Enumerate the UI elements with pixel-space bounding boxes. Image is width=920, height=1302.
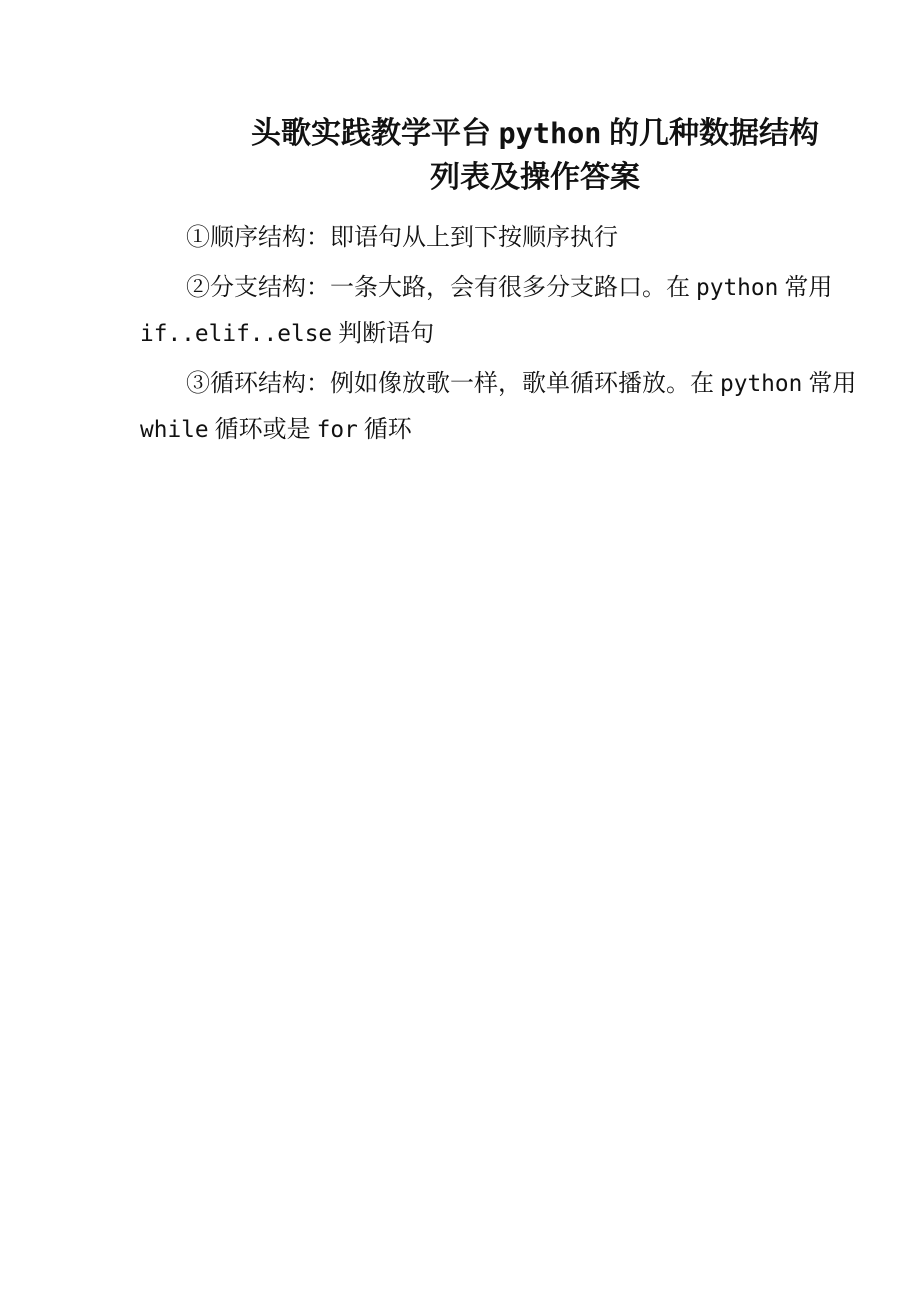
inline-code-for: for — [317, 417, 358, 443]
paragraph-text: 循环或是 — [209, 417, 317, 443]
document-title: 头歌实践教学平台 python 的几种数据结构 列表及操作答案 — [150, 112, 920, 200]
title-text: 头歌实践教学平台 — [251, 117, 499, 150]
title-code-python: python — [499, 117, 602, 150]
paragraph-branch-structure: ②分支结构：一条大路，会有很多分支路口。在 python 常用 if..elif… — [140, 265, 820, 357]
inline-code-while: while — [140, 417, 209, 443]
inline-code-python: python — [720, 371, 802, 397]
title-text: 的几种数据结构 — [601, 117, 819, 150]
text-line: if..elif..else 判断语句 — [140, 311, 820, 357]
title-text: 列表及操作答案 — [430, 161, 640, 194]
text-line: ②分支结构：一条大路，会有很多分支路口。在 python 常用 — [140, 265, 820, 311]
paragraph-text: 常用 — [802, 371, 856, 397]
paragraph-text: 常用 — [778, 275, 832, 301]
inline-code-if-elif-else: if..elif..else — [140, 321, 332, 347]
text-line: ①顺序结构：即语句从上到下按顺序执行 — [140, 215, 820, 261]
paragraph-text: ②分支结构：一条大路，会有很多分支路口。在 — [186, 275, 696, 301]
document-body: ①顺序结构：即语句从上到下按顺序执行 ②分支结构：一条大路，会有很多分支路口。在… — [140, 215, 820, 453]
paragraph-text: 判断语句 — [332, 321, 434, 347]
inline-code-python: python — [696, 275, 778, 301]
paragraph-text: ①顺序结构：即语句从上到下按顺序执行 — [186, 225, 618, 251]
paragraph-text: 循环 — [358, 417, 412, 443]
paragraph-loop-structure: ③循环结构：例如像放歌一样，歌单循环播放。在 python 常用 while 循… — [140, 361, 820, 453]
title-line-1: 头歌实践教学平台 python 的几种数据结构 — [150, 112, 920, 156]
document-page: 头歌实践教学平台 python 的几种数据结构 列表及操作答案 ①顺序结构：即语… — [0, 0, 920, 1302]
text-line: ③循环结构：例如像放歌一样，歌单循环播放。在 python 常用 — [140, 361, 820, 407]
paragraph-sequence-structure: ①顺序结构：即语句从上到下按顺序执行 — [140, 215, 820, 261]
text-line: while 循环或是 for 循环 — [140, 407, 820, 453]
paragraph-text: ③循环结构：例如像放歌一样，歌单循环播放。在 — [186, 371, 720, 397]
title-line-2: 列表及操作答案 — [150, 156, 920, 200]
